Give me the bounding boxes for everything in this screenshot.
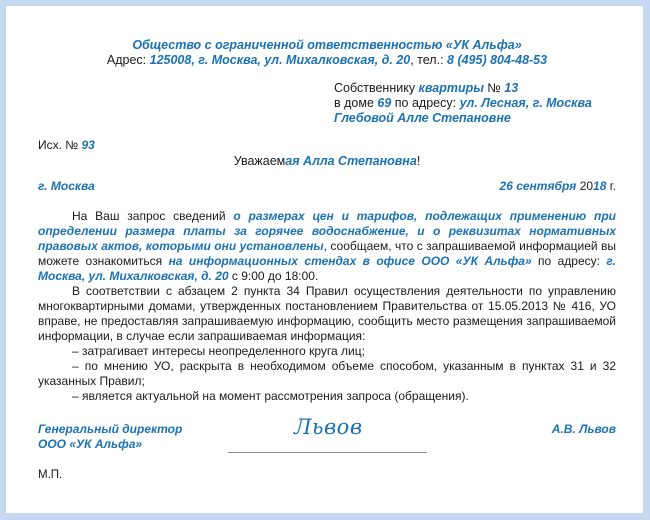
paragraph-1: На Ваш запрос сведений о размерах цен и … [38, 209, 616, 284]
letter-text: На Ваш запрос сведений о размерах цен и … [38, 209, 616, 404]
address-label: Адрес: [107, 53, 150, 67]
house-number: 69 [377, 96, 391, 110]
recipient-block: Собственнику квартиры № 13 в доме 69 по … [334, 81, 624, 126]
p1-hours: с 9:00 до 18:00. [229, 269, 319, 283]
paragraph-2: В соответствии с абзацем 2 пункта 34 Пра… [38, 284, 616, 344]
phone-value: 8 (495) 804-48-53 [447, 53, 547, 67]
list-item: – является актуальной на момент рассмотр… [38, 389, 616, 404]
recipient-number-sign: № [484, 81, 504, 95]
list-item: – затрагивает интересы неопределенного к… [38, 344, 616, 359]
signatory-position: Генеральный директор ООО «УК Альфа» [38, 422, 182, 452]
signature-line [228, 452, 427, 453]
address-value: 125008, г. Москва, ул. Михалковская, д. … [150, 53, 411, 67]
p1-text-a: На Ваш запрос сведений [72, 209, 233, 223]
position-line-2: ООО «УК Альфа» [38, 437, 182, 452]
signatory-name: А.В. Львов [552, 422, 616, 437]
greeting: Уважаемая Алла Степановна! [38, 154, 616, 169]
position-line-1: Генеральный директор [38, 422, 182, 437]
address-prefix: по адресу: [391, 96, 459, 110]
date-year-suffix: 18 [593, 179, 606, 193]
greeting-prefix: Уважаем [234, 154, 286, 168]
organization-address: Адрес: 125008, г. Москва, ул. Михалковск… [38, 53, 616, 68]
recipient-prefix: Собственнику [334, 81, 419, 95]
apartment-number: 13 [504, 81, 518, 95]
date-day-month: 26 сентября [500, 179, 577, 193]
recipient-address: ул. Лесная, г. Москва [460, 96, 592, 110]
greeting-suffix: ! [417, 154, 420, 168]
city: г. Москва [38, 179, 95, 194]
reference-number: 93 [82, 138, 95, 152]
house-prefix: в доме [334, 96, 377, 110]
recipient-name: Глебовой Алле Степановне [334, 111, 624, 126]
list-item: – по мнению УО, раскрыта в необходимом о… [38, 359, 616, 389]
outgoing-reference: Исх. № 93 [38, 138, 95, 153]
stamp-placeholder: М.П. [38, 468, 62, 483]
date-year-prefix: 20 [576, 179, 593, 193]
p1-text-e: по адресу: [532, 254, 607, 268]
p1-info-location: на информационных стендах в офисе ООО «У… [169, 254, 532, 268]
date-year-unit: г. [606, 179, 616, 193]
recipient-line-2: в доме 69 по адресу: ул. Лесная, г. Моск… [334, 96, 624, 111]
reference-label: Исх. № [38, 138, 82, 152]
recipient-line-1: Собственнику квартиры № 13 [334, 81, 624, 96]
letter-date: 26 сентября 2018 г. [500, 179, 616, 194]
recipient-field: квартиры [419, 81, 484, 95]
phone-label: , тел.: [410, 53, 447, 67]
letter-page: Общество с ограниченной ответственностью… [6, 6, 643, 513]
handwritten-signature: Львов [294, 420, 363, 435]
greeting-name: ая Алла Степановна [285, 154, 417, 168]
organization-name: Общество с ограниченной ответственностью… [38, 38, 616, 53]
